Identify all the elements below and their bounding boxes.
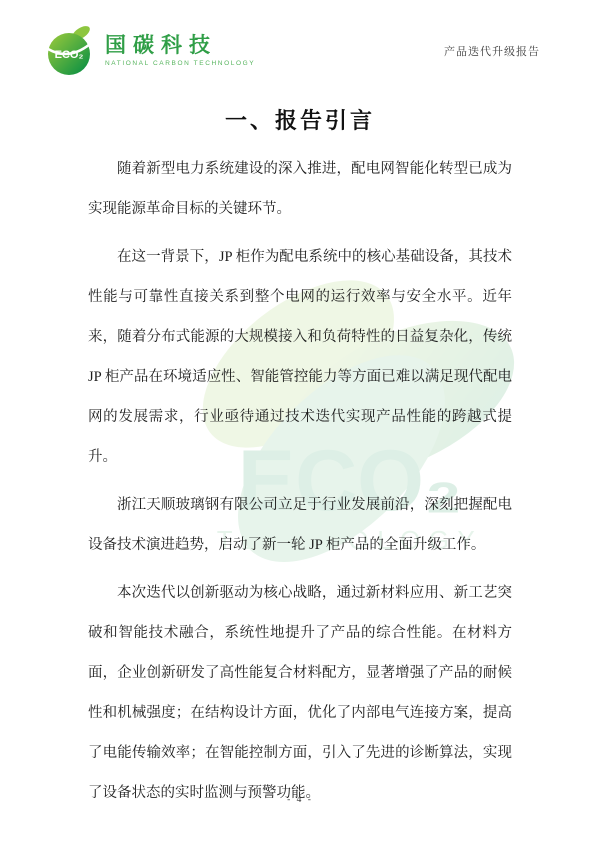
eco-logo-icon: ECO₂ — [44, 24, 96, 78]
section-title: 一、报告引言 — [0, 104, 600, 135]
page-number: - 4 - — [0, 795, 600, 805]
document-paragraph: 在这一背景下，JP 柜作为配电系统中的核心基础设备，其技术性能与可靠性直接关系到… — [88, 237, 512, 477]
report-page: ECO₂ TECHNOLOGY ECO₂ 国碳科技 NATIONAL CARBO… — [0, 0, 600, 849]
company-name-cn: 国碳科技 — [105, 34, 255, 58]
logo-eco-text: ECO₂ — [55, 49, 84, 61]
document-paragraph: 本次迭代以创新驱动为核心战略，通过新材料应用、新工艺突破和智能技术融合，系统性地… — [88, 573, 512, 813]
document-paragraph: 浙江天顺玻璃钢有限公司立足于行业发展前沿，深刻把握配电设备技术演进趋势，启动了新… — [88, 485, 512, 565]
document-paragraph: 随着新型电力系统建设的深入推进，配电网智能化转型已成为实现能源革命目标的关键环节… — [88, 149, 512, 229]
brand: ECO₂ 国碳科技 NATIONAL CARBON TECHNOLOGY — [44, 24, 255, 78]
document-label: 产品迭代升级报告 — [444, 43, 540, 59]
document-body: 随着新型电力系统建设的深入推进，配电网智能化转型已成为实现能源革命目标的关键环节… — [0, 135, 600, 813]
company-name-en: NATIONAL CARBON TECHNOLOGY — [105, 60, 255, 67]
brand-text: 国碳科技 NATIONAL CARBON TECHNOLOGY — [105, 34, 255, 68]
page-header: ECO₂ 国碳科技 NATIONAL CARBON TECHNOLOGY 产品迭… — [0, 0, 600, 78]
